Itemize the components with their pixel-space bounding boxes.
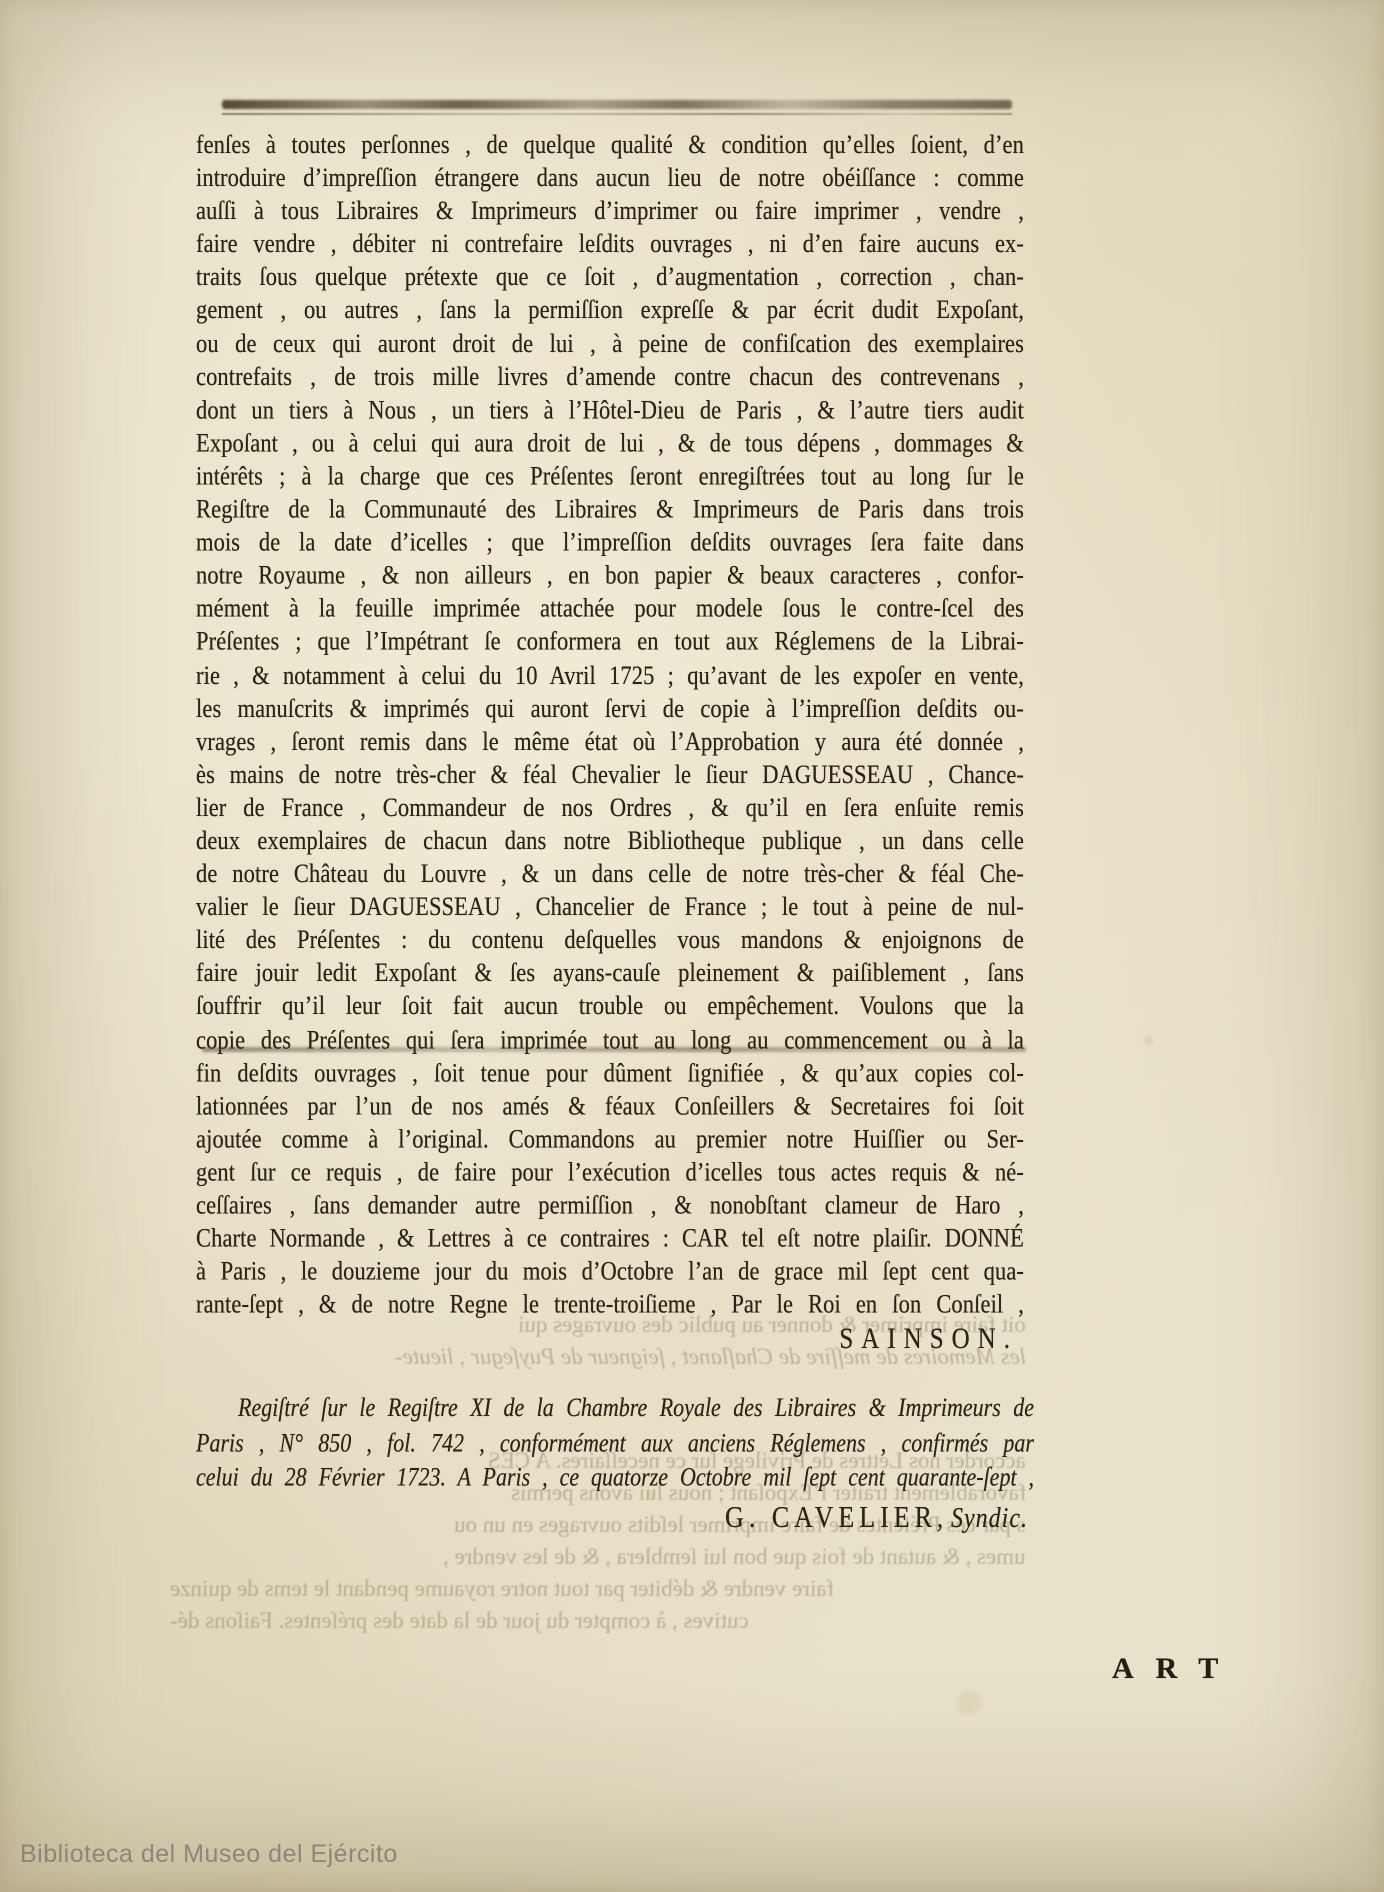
text-line: ès mains de notre très-cher & féal Cheva… (196, 758, 1024, 791)
catchword-art: ART (1112, 1652, 1240, 1686)
text-line: rante-ſept , & de notre Regne le trente-… (196, 1288, 1024, 1321)
text-line: Préſentes ; que l’Impétrant ſe conformer… (196, 625, 1024, 658)
text-line: gent ſur ce requis , de faire pour l’exé… (196, 1156, 1024, 1189)
registration-lines: Regiſtré ſur le Regiſtre XI de la Chambr… (196, 1390, 1034, 1495)
text-line: mément à la feuille imprimée attachée po… (196, 592, 1024, 625)
text-line: traits ſous quelque prétexte que ce ſoit… (196, 261, 1024, 294)
text-line: à Paris , le douzieme jour du mois d’Oct… (196, 1255, 1024, 1288)
text-line: Regiſtre de la Communauté des Libraires … (196, 493, 1024, 526)
text-line: ſouffrir qu’il leur ſoit fait aucun trou… (196, 990, 1024, 1023)
text-line: intérêts ; à la charge que ces Préſentes… (196, 460, 1024, 493)
text-line: Charte Normande , & Lettres à ce contrai… (196, 1222, 1024, 1255)
bleedthrough-line: cutives , à compter du jour de la date d… (170, 1608, 749, 1634)
head-rule-thick-bar (222, 100, 1012, 109)
text-line: ou de ceux qui auront droit de lui , à p… (196, 327, 1024, 360)
text-line: faire jouir ledit Expoſant & ſes ayans-c… (196, 957, 1024, 990)
registration-line: Regiſtré ſur le Regiſtre XI de la Chambr… (196, 1390, 1034, 1425)
signer-name: G. CAVELIER (725, 1499, 937, 1533)
registration-line: Paris , N° 850 , fol. 742 , conformément… (196, 1425, 1034, 1460)
text-line: auſſi à tous Libraires & Imprimeurs d’im… (196, 194, 1024, 227)
text-line: fenſes à toutes perſonnes , de quelque q… (196, 128, 1024, 161)
scanned-document-page: oit faire imprimer & donner au public de… (0, 0, 1384, 1892)
text-line: les manuſcrits & imprimés qui auront ſer… (196, 692, 1024, 725)
registration-block: Regiſtré ſur le Regiſtre XI de la Chambr… (196, 1390, 1034, 1537)
bleedthrough-line: umes , & autant de fois que bon lui ſemb… (443, 1544, 1026, 1570)
text-line: fin deſdits ouvrages , ſoit tenue pour d… (196, 1056, 1024, 1089)
text-line: ceſſaires , ſans demander autre permiſſi… (196, 1189, 1024, 1222)
bleedthrough-line: faire vendre & débiter par tout notre ro… (170, 1576, 834, 1602)
text-line: lier de France , Commandeur de nos Ordre… (196, 791, 1024, 824)
signer-title: , Syndic. (937, 1503, 1028, 1534)
text-line: mois de la date d’icelles ; que l’impreſ… (196, 526, 1024, 559)
head-rule-thin-line (222, 113, 1012, 115)
text-line: vrages , ſeront remis dans le même état … (196, 725, 1024, 758)
registration-line: celui du 28 Février 1723. A Paris , ce q… (196, 1460, 1034, 1495)
text-line: dont un tiers à Nous , un tiers à l’Hôte… (196, 393, 1024, 426)
text-line: contrefaits , de trois mille livres d’am… (196, 360, 1024, 393)
text-line: de notre Château du Louvre , & un dans c… (196, 857, 1024, 890)
text-line: deux exemplaires de chacun dans notre Bi… (196, 824, 1024, 857)
text-line: rie , & notamment à celui du 10 Avril 17… (196, 658, 1024, 691)
text-line: gement , ou autres , ſans la permiſſion … (196, 294, 1024, 327)
text-line: notre Royaume , & non ailleurs , en bon … (196, 559, 1024, 592)
text-line: lité des Préſentes : du contenu deſquell… (196, 924, 1024, 957)
text-line: introduire d’impreſſion étrangere dans a… (196, 161, 1024, 194)
body-lines: fenſes à toutes perſonnes , de quelque q… (196, 128, 1024, 1321)
text-line: lationnées par l’un de nos amés & féaux … (196, 1089, 1024, 1122)
privilege-text-block: fenſes à toutes perſonnes , de quelque q… (196, 128, 1024, 1357)
registration-signature: G. CAVELIER, Syndic. (196, 1499, 1034, 1536)
text-line: valier le ſieur DAGUESSEAU , Chancelier … (196, 890, 1024, 923)
text-line: Expoſant , ou à celui qui aura droit de … (196, 426, 1024, 459)
head-rule-ornament (222, 100, 1012, 115)
signature-sainson: SAINSON. (196, 1324, 1024, 1357)
text-line: ajoutée comme à l’original. Commandons a… (196, 1123, 1024, 1156)
library-watermark: Biblioteca del Museo del Ejército (20, 1840, 398, 1869)
text-line: faire vendre , débiter ni contrefaire le… (196, 227, 1024, 260)
text-line: copie des Préſentes qui ſera imprimée to… (196, 1023, 1024, 1056)
